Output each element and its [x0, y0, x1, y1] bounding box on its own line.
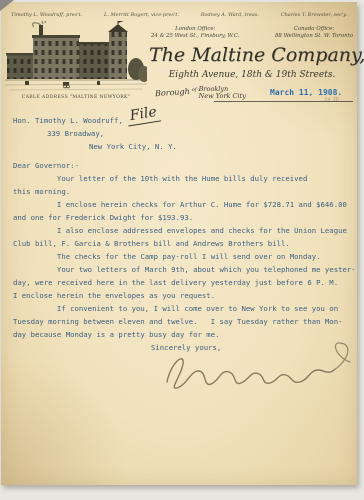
officer-secretary: Charles T. Brewster, sec'y. [281, 12, 347, 18]
of-word: of [192, 87, 197, 93]
body-line: I enclose herein checks for Arthur C. Hu… [13, 198, 359, 211]
canada-office: Canada Office: 88 Wellington St. W. Toro… [275, 26, 353, 40]
recipient-name: Hon. Timothy L. Woodruff, [13, 114, 359, 127]
typed-letter-body: Hon. Timothy L. Woodruff, 339 Broadway, … [13, 114, 359, 354]
factory-tower [109, 32, 127, 79]
body-line: Tuesday morning between eleven and twelv… [13, 315, 359, 328]
body-line: If convenient to you, I will come over t… [13, 302, 359, 315]
canada-office-label: Canada Office: [275, 26, 353, 33]
body-line: Your two letters of March 9th, about whi… [13, 263, 359, 276]
body-line: day, were received here in the last deli… [13, 276, 359, 289]
officer-names-row: Timothy L. Woodruff, pres't. L. Merritt … [11, 12, 347, 18]
cable-address-caption: CABLE ADDRESS "MALTINE NEWYORK" [5, 95, 147, 100]
company-street-address: Eighth Avenue, 18th & 19th Streets. [149, 70, 355, 80]
smoke [33, 21, 46, 27]
factory-mid-building [79, 44, 109, 79]
pencil-annotation: 14 3b [324, 97, 339, 104]
officer-treasurer: Rodney A. Ward, treas. [201, 12, 259, 18]
body-line: Your letter of the 10th with the Hume bi… [13, 172, 359, 185]
body-line: this morning. [13, 185, 359, 198]
factory-main-building [33, 38, 79, 79]
tower-flag [118, 21, 124, 23]
letter-page: Timothy L. Woodruff, pres't. L. Merritt … [1, 2, 357, 485]
factory-left-wing [7, 55, 33, 79]
canada-office-address: 88 Wellington St. W. Toronto [275, 33, 353, 40]
letter-date: March 11, 1908. [270, 88, 342, 97]
street-figure [97, 81, 100, 85]
borough-word: Borough [155, 87, 190, 98]
factory-engraving [5, 21, 147, 94]
file-handwritten-note: File [127, 106, 160, 124]
street-figure [25, 81, 29, 85]
officer-vice-president: L. Merritt Bogert, vice-pres't. [104, 12, 179, 18]
london-office-address: 24 & 25 West St., Finsbury, W.C. [151, 33, 240, 40]
recipient-street: 339 Broadway, [13, 127, 359, 140]
body-line: and one for Frederick Dwight for $193.93… [13, 211, 359, 224]
handwritten-signature [159, 340, 351, 400]
body-line: The checks for the Camp pay-roll I will … [13, 250, 359, 263]
body-line: I enclose herein the envelopes as you re… [13, 289, 359, 302]
recipient-city: New York City, N. Y. [13, 140, 359, 153]
company-name: The Maltine Company, [149, 44, 355, 66]
officer-president: Timothy L. Woodruff, pres't. [11, 12, 82, 18]
salutation: Dear Governor:- [13, 159, 359, 172]
body-line: Club bill, F. Garcia & Brothers bill and… [13, 237, 359, 250]
london-office: London Office: 24 & 25 West St., Finsbur… [151, 26, 240, 40]
body-line: I also enclose addressed envelopes and c… [13, 224, 359, 237]
london-office-label: London Office: [151, 26, 240, 33]
branch-offices-row: London Office: 24 & 25 West St., Finsbur… [151, 26, 353, 40]
